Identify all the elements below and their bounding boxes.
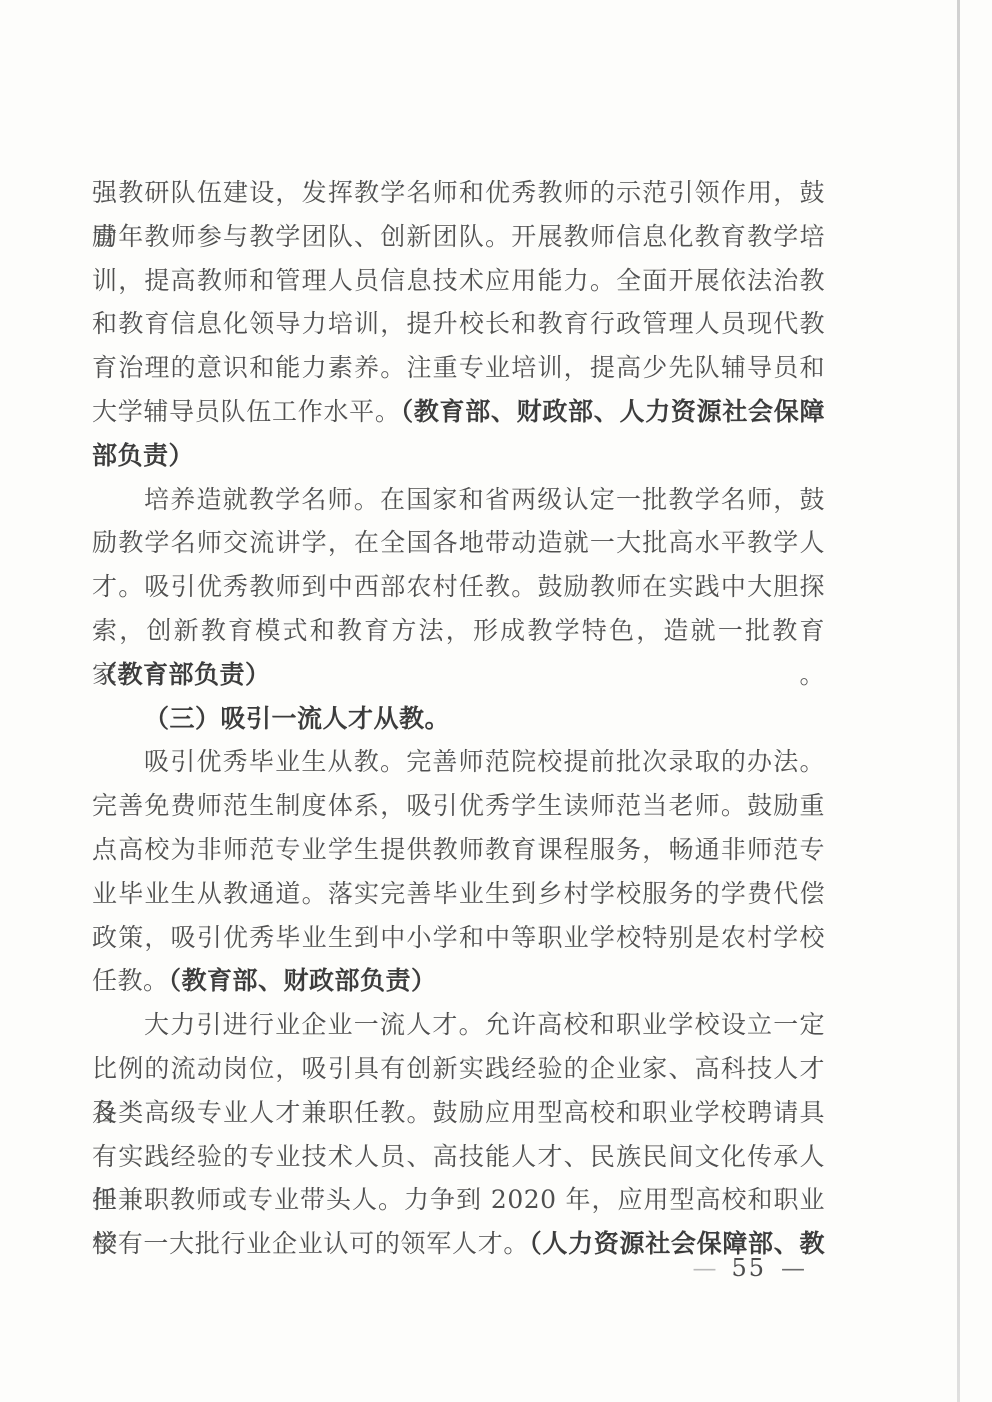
body-text: 和教育信息化领导力培训，提升校长和教育行政管理人员现代教 <box>92 309 825 338</box>
text-line: 吸引优秀毕业生从教。完善师范院校提前批次录取的办法。 <box>92 740 825 784</box>
body-text: 大学辅导员队伍工作水平。 <box>92 397 401 426</box>
text-line: 励教学名师交流讲学，在全国各地带动造就一大批高水平教学人 <box>92 521 825 565</box>
body-text: 青年教师参与教学团队、创新团队。开展教师信息化教育教学培 <box>92 222 825 251</box>
body-text: 业毕业生从教通道。落实完善毕业生到乡村学校服务的学费代偿 <box>92 879 825 908</box>
document-page: 强教研队伍建设，发挥教学名师和优秀教师的示范引领作用，鼓励青年教师参与教学团队、… <box>0 0 992 1402</box>
responsible-department-text: （教育部负责） <box>92 660 271 689</box>
page-footer: —55— <box>692 1252 805 1284</box>
text-line: 青年教师参与教学团队、创新团队。开展教师信息化教育教学培 <box>92 215 825 259</box>
text-line: 比例的流动岗位，吸引具有创新实践经验的企业家、高科技人才及 <box>92 1047 825 1091</box>
body-text: 完善免费师范生制度体系，吸引优秀学生读师范当老师。鼓励重 <box>92 791 825 820</box>
text-line: 部负责） <box>92 434 825 478</box>
text-line: 强教研队伍建设，发挥教学名师和优秀教师的示范引领作用，鼓励 <box>92 171 825 215</box>
body-text: 才。吸引优秀教师到中西部农村任教。鼓励教师在实践中大胆探 <box>92 572 825 601</box>
text-line: 索，创新教育模式和教育方法，形成教学特色，造就一批教育家。 <box>92 609 825 653</box>
body-text: 励教学名师交流讲学，在全国各地带动造就一大批高水平教学人 <box>92 528 825 557</box>
text-line: 育治理的意识和能力素养。注重专业培训，提高少先队辅导员和 <box>92 346 825 390</box>
text-line: 政策，吸引优秀毕业生到中小学和中等职业学校特别是农村学校 <box>92 916 825 960</box>
page-number: 55 <box>731 1254 766 1282</box>
body-text: 校有一大批行业企业认可的领军人才。 <box>92 1229 529 1258</box>
text-line: 各类高级专业人才兼职任教。鼓励应用型高校和职业学校聘请具 <box>92 1091 825 1135</box>
footer-dash-right: — <box>781 1254 805 1282</box>
text-line: 和教育信息化领导力培训，提升校长和教育行政管理人员现代教 <box>92 302 825 346</box>
body-text: 点高校为非师范专业学生提供教师教育课程服务，畅通非师范专 <box>92 835 825 864</box>
text-line: 完善免费师范生制度体系，吸引优秀学生读师范当老师。鼓励重 <box>92 784 825 828</box>
body-text: 训，提高教师和管理人员信息技术应用能力。全面开展依法治教 <box>92 266 825 295</box>
responsible-department-text: 部负责） <box>92 441 194 470</box>
text-line: 训，提高教师和管理人员信息技术应用能力。全面开展依法治教 <box>92 259 825 303</box>
text-line: 大学辅导员队伍工作水平。（教育部、财政部、人力资源社会保障 <box>92 390 825 434</box>
body-text: 任教。 <box>92 966 169 995</box>
body-text: 育治理的意识和能力素养。注重专业培训，提高少先队辅导员和 <box>92 353 825 382</box>
body-text: 各类高级专业人才兼职任教。鼓励应用型高校和职业学校聘请具 <box>92 1098 825 1127</box>
text-line: 任教。（教育部、财政部负责） <box>92 959 825 1003</box>
text-line: 大力引进行业企业一流人才。允许高校和职业学校设立一定 <box>92 1003 825 1047</box>
body-text: 培养造就教学名师。在国家和省两级认定一批教学名师，鼓 <box>144 485 825 514</box>
text-line: 任兼职教师或专业带头人。力争到 2020 年，应用型高校和职业学 <box>92 1178 825 1222</box>
responsible-department-text: （三）吸引一流人才从教。 <box>144 704 450 733</box>
text-line: 才。吸引优秀教师到中西部农村任教。鼓励教师在实践中大胆探 <box>92 565 825 609</box>
text-line: 点高校为非师范专业学生提供教师教育课程服务，畅通非师范专 <box>92 828 825 872</box>
text-block: 强教研队伍建设，发挥教学名师和优秀教师的示范引领作用，鼓励青年教师参与教学团队、… <box>92 171 825 1266</box>
text-line: 培养造就教学名师。在国家和省两级认定一批教学名师，鼓 <box>92 478 825 522</box>
scan-artifact-line <box>957 0 960 1402</box>
responsible-department-text: （教育部、财政部负责） <box>169 966 437 995</box>
body-text: 大力引进行业企业一流人才。允许高校和职业学校设立一定 <box>144 1010 825 1039</box>
text-line: 有实践经验的专业技术人员、高技能人才、民族民间文化传承人担 <box>92 1135 825 1179</box>
body-text: 吸引优秀毕业生从教。完善师范院校提前批次录取的办法。 <box>144 747 825 776</box>
body-text: 政策，吸引优秀毕业生到中小学和中等职业学校特别是农村学校 <box>92 923 825 952</box>
section-heading-line: （三）吸引一流人才从教。 <box>92 697 825 741</box>
responsible-department-text: （教育部、财政部、人力资源社会保障 <box>401 397 825 426</box>
footer-dash-left: — <box>692 1254 716 1282</box>
text-line: 业毕业生从教通道。落实完善毕业生到乡村学校服务的学费代偿 <box>92 872 825 916</box>
